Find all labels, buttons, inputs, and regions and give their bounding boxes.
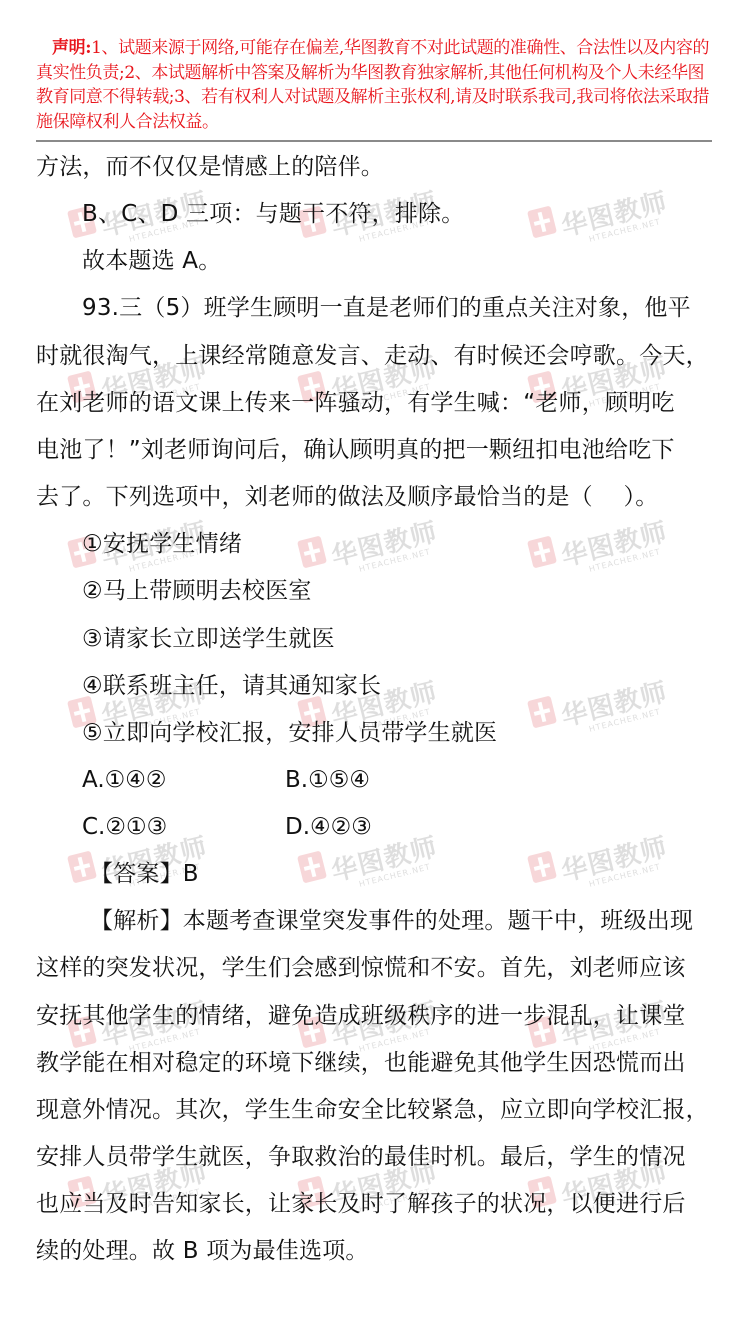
choice-c: C.②①③ [82, 812, 167, 842]
question-stem-line: 时就很淘气，上课经常随意发言、走动、有时候还会哼歌。今天， [36, 341, 709, 371]
question-stem-line: 电池了！”刘老师询问后，确认顾明真的把一颗纽扣电池给吃下 [36, 435, 675, 465]
analysis-line: 安抚其他学生的情绪，避免造成班级秩序的进一步混乱，让课堂 [36, 1001, 686, 1031]
answer-label: 【答案】B [90, 859, 199, 889]
watermark-logo-icon [527, 851, 557, 884]
disclaimer: 声明:1、试题来源于网络,可能存在偏差,华图教育不对此试题的准确性、合法性以及内… [36, 36, 712, 134]
question-stem-line: 去了。下列选项中，刘老师的做法及顺序最恰当的是（ ）。 [36, 482, 658, 512]
header-divider [36, 140, 712, 142]
question-item: ③请家长立即送学生就医 [82, 624, 335, 654]
watermark: 华图教师HTEACHER.NET [530, 520, 700, 580]
watermark-logo-icon [527, 206, 557, 239]
watermark: 华图教师HTEACHER.NET [530, 680, 700, 740]
watermark-logo-icon [297, 851, 327, 884]
question-item: ⑤立即向学校汇报，安排人员带学生就医 [82, 718, 497, 748]
analysis-line: 这样的突发状况，学生们会感到惊慌和不安。首先，刘老师应该 [36, 953, 686, 983]
watermark: 华图教师HTEACHER.NET [530, 835, 700, 895]
prev-explanation-line: 方法，而不仅仅是情感上的陪伴。 [36, 152, 384, 182]
watermark-logo-icon [297, 536, 327, 569]
question-stem-line: 93.三（5）班学生顾明一直是老师们的重点关注对象，他平 [82, 293, 691, 323]
analysis-line: 【解析】本题考查课堂突发事件的处理。题干中，班级出现 [90, 906, 693, 936]
choice-b: B.①⑤④ [285, 765, 370, 795]
question-stem-line: 在刘老师的语文课上传来一阵骚动，有学生喊：“老师，顾明吃 [36, 388, 675, 418]
analysis-line: 也应当及时告知家长，让家长及时了解孩子的状况，以便进行后 [36, 1189, 686, 1219]
question-item: ①安抚学生情绪 [82, 529, 242, 559]
analysis-line: 安排人员带学生就医，争取救治的最佳时机。最后，学生的情况 [36, 1142, 686, 1172]
analysis-line: 续的处理。故 B 项为最佳选项。 [36, 1236, 369, 1266]
choice-a: A.①④② [82, 765, 167, 795]
prev-conclusion-line: 故本题选 A。 [82, 246, 221, 276]
choice-d: D.④②③ [285, 812, 372, 842]
watermark: 华图教师HTEACHER.NET [300, 835, 470, 895]
analysis-line: 教学能在相对稳定的环境下继续，也能避免其他学生因恐慌而出 [36, 1048, 686, 1078]
watermark-logo-icon [527, 536, 557, 569]
watermark: 华图教师HTEACHER.NET [300, 520, 470, 580]
analysis-line: 现意外情况。其次，学生生命安全比较紧急，应立即向学校汇报， [36, 1095, 709, 1125]
disclaimer-lead: 声明: [52, 38, 91, 58]
question-item: ②马上带顾明去校医室 [82, 576, 312, 606]
watermark: 华图教师HTEACHER.NET [530, 190, 700, 250]
question-item: ④联系班主任，请其通知家长 [82, 671, 381, 701]
watermark-logo-icon [527, 696, 557, 729]
disclaimer-text: 1、试题来源于网络,可能存在偏差,华图教育不对此试题的准确性、合法性以及内容的真… [36, 38, 709, 132]
prev-exclusion-line: B、C、D 三项：与题干不符，排除。 [82, 199, 464, 229]
